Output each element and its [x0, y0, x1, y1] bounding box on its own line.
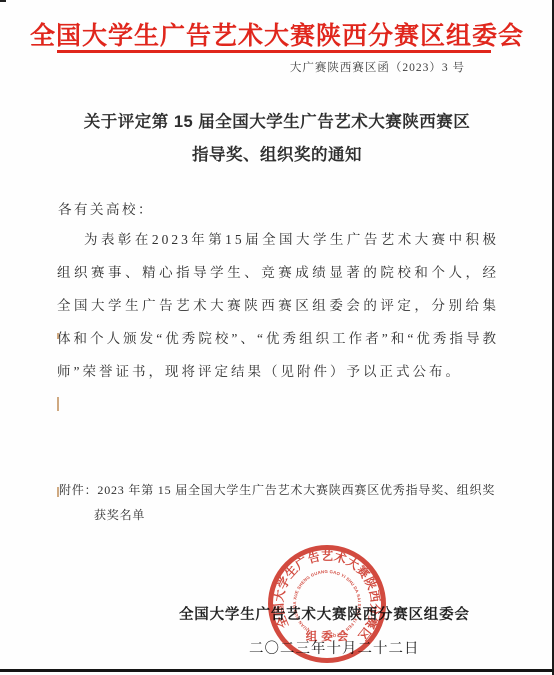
- seal-ring: [271, 548, 384, 661]
- body-paragraph: 为表彰在2023年第15届全国大学生广告艺术大赛中积极组织赛事、精心指导学生、竞…: [57, 223, 499, 388]
- scan-corner-mark: [0, 0, 6, 2]
- document-page: 全国大学生广告艺术大赛陕西分赛区组委会 大广赛陕西赛区函（2023）3 号 关于…: [0, 0, 554, 675]
- document-number: 大广赛陕西赛区函（2023）3 号: [290, 59, 465, 75]
- header-divider: [57, 50, 491, 53]
- seal-ring-text-en: QUAN GUO DA XUE SHENG GUANG GAO YI SHU D…: [292, 569, 362, 639]
- salutation: 各有关高校：: [58, 198, 154, 218]
- notice-title-line2: 指导奖、组织奖的通知: [0, 141, 554, 165]
- scan-edge-bottom: [0, 669, 554, 672]
- page-title: 全国大学生广告艺术大赛陕西分赛区组委会: [0, 16, 554, 52]
- official-seal: 全国大学生广告艺术大赛陕西分赛区 QUAN GUO DA XUE SHENG G…: [257, 534, 397, 674]
- scan-artifact: [57, 487, 59, 497]
- attachment-line1: 附件：2023 年第 15 届全国大学生广告艺术大赛陕西赛区优秀指导奖、组织奖: [59, 481, 495, 498]
- attachment-line2: 获奖名单: [94, 506, 145, 523]
- scan-artifact: [57, 397, 59, 411]
- scan-artifact: [57, 333, 59, 339]
- seal-center-text: 组委会: [306, 629, 353, 643]
- notice-title-line1: 关于评定第 15 届全国大学生广告艺术大赛陕西赛区: [0, 108, 554, 132]
